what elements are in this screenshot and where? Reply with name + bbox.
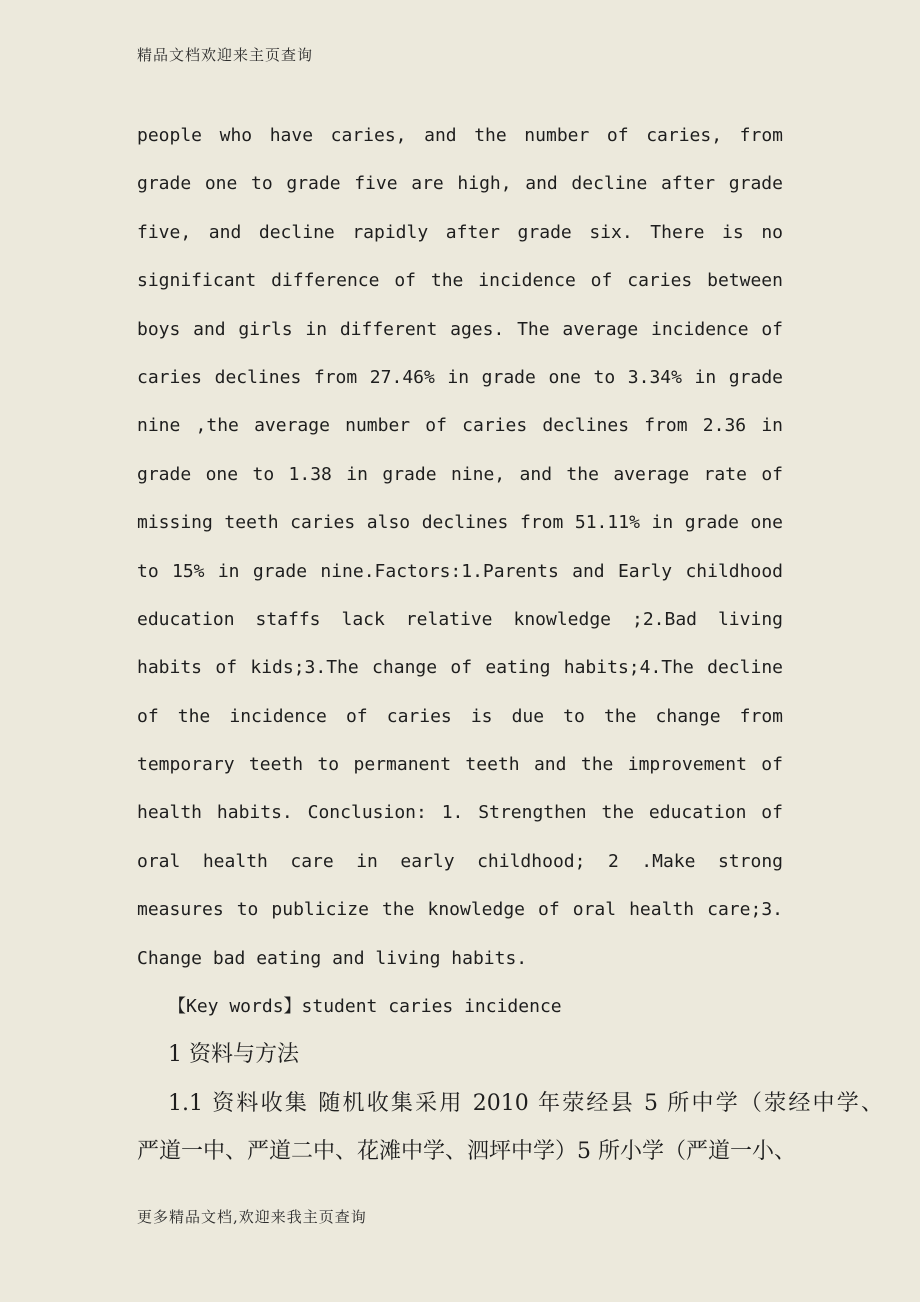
body-text-line: of the incidence of caries is due to the… (137, 693, 783, 741)
document-header-text: 精品文档欢迎来主页查询 (137, 44, 313, 65)
body-text-line: caries declines from 27.46% in grade one… (137, 354, 783, 402)
body-text-line: Change bad eating and living habits. (137, 935, 783, 983)
section-heading: 1 资料与方法 (137, 1031, 883, 1079)
body-text-line: nine ,the average number of caries decli… (137, 402, 783, 450)
body-text-line: measures to publicize the knowledge of o… (137, 886, 783, 934)
document-body: people who have caries, and the number o… (137, 112, 883, 1177)
body-text-line: education staffs lack relative knowledge… (137, 596, 783, 644)
body-text-line: oral health care in early childhood; 2 .… (137, 838, 783, 886)
body-text-line: missing teeth caries also declines from … (137, 499, 783, 547)
subsection-text-line: 1.1 资料收集 随机收集采用 2010 年荥经县 5 所中学（荥经中学、 (137, 1080, 883, 1128)
body-text-line: grade one to grade five are high, and de… (137, 160, 783, 208)
keywords-line: 【Key words】student caries incidence (137, 983, 783, 1031)
body-text-line: health habits. Conclusion: 1. Strengthen… (137, 789, 783, 837)
body-text-line: temporary teeth to permanent teeth and t… (137, 741, 783, 789)
body-text-line: grade one to 1.38 in grade nine, and the… (137, 451, 783, 499)
body-text-line: people who have caries, and the number o… (137, 112, 783, 160)
body-text-line: to 15% in grade nine.Factors:1.Parents a… (137, 548, 783, 596)
body-text-line: five, and decline rapidly after grade si… (137, 209, 783, 257)
body-text-line: habits of kids;3.The change of eating ha… (137, 644, 783, 692)
document-page: 精品文档欢迎来主页查询 people who have caries, and … (0, 0, 920, 1302)
body-text-line: boys and girls in different ages. The av… (137, 306, 783, 354)
document-footer-text: 更多精品文档,欢迎来我主页查询 (137, 1206, 367, 1227)
subsection-text-line: 严道一中、严道二中、花滩中学、泗坪中学）5 所小学（严道一小、 (137, 1128, 883, 1176)
body-text-line: significant difference of the incidence … (137, 257, 783, 305)
